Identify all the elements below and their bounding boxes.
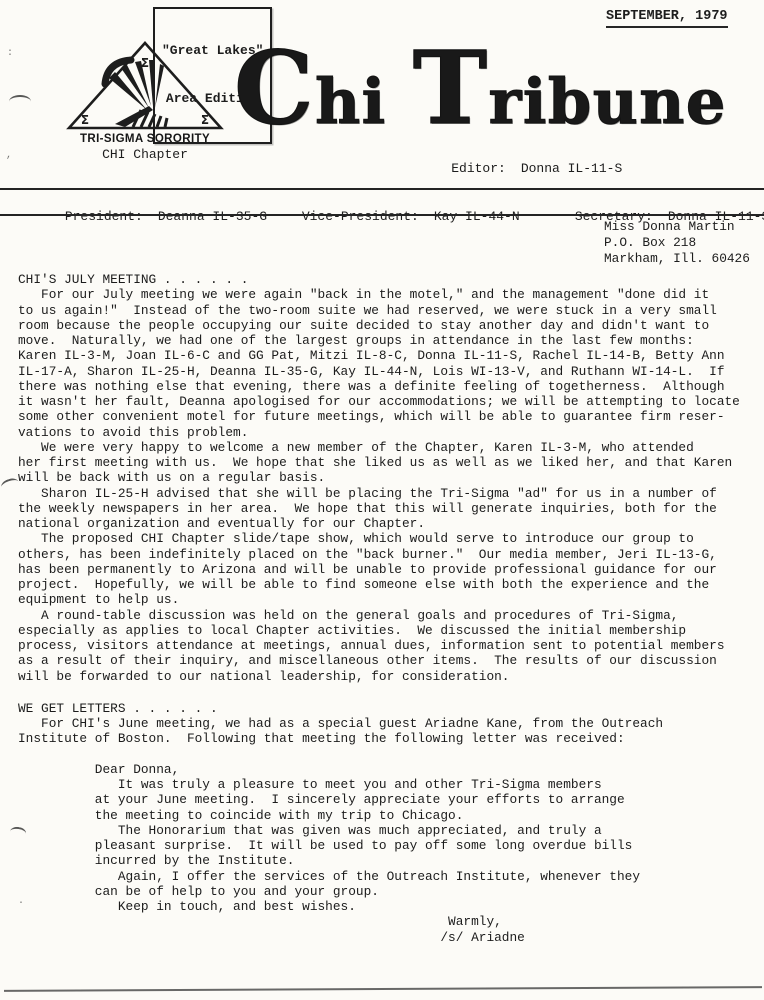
officer-role: Vice-President: <box>302 209 419 224</box>
article-body: For CHI's June meeting, we had as a spec… <box>18 716 760 945</box>
officer-president: President:Deanna IL-35-G <box>18 194 267 239</box>
officers-rule-top <box>0 188 764 190</box>
issue-date: SEPTEMBER, 1979 <box>606 9 728 28</box>
officers-bar: President:Deanna IL-35-G Vice-President:… <box>0 188 764 216</box>
officer-vice-president: Vice-President:Kay IL-44-N <box>255 194 520 239</box>
article-heading: CHI'S JULY MEETING . . . . . . <box>18 272 760 287</box>
svg-text:Σ: Σ <box>81 113 89 127</box>
officer-role: President: <box>65 209 143 224</box>
logo-org-name: TRI-SIGMA SORORITY <box>55 133 235 145</box>
article-body: For our July meeting we were again "back… <box>18 287 760 684</box>
officer-name: Deanna IL-35-G <box>158 209 267 224</box>
editor-label: Editor: <box>451 161 506 176</box>
svg-text:Σ: Σ <box>201 113 209 127</box>
masthead-title: Chi Tribune <box>234 38 744 138</box>
scan-artifact: : <box>7 48 13 59</box>
page-bottom-rule <box>4 986 762 992</box>
newsletter-page: : , . "Great Lakes" Area Edition SEPTEMB… <box>0 0 764 1000</box>
officers-rule-bottom <box>0 214 764 216</box>
article-we-get-letters: WE GET LETTERS . . . . . . For CHI's Jun… <box>18 701 760 945</box>
tri-sigma-logo: Σ Σ Σ TRI-SIGMA SORORITY CHI Chapter <box>55 40 235 162</box>
article-heading: WE GET LETTERS . . . . . . <box>18 701 760 716</box>
title-word-tribune: Tribune <box>413 38 727 138</box>
tri-sigma-triangle-icon: Σ Σ Σ <box>65 40 225 132</box>
articles: CHI'S JULY MEETING . . . . . . For our J… <box>18 272 760 945</box>
editor-line: Editor:Donna IL-11-S <box>420 146 622 191</box>
editor-name: Donna IL-11-S <box>521 161 622 176</box>
logo-chapter-name: CHI Chapter <box>55 147 235 162</box>
officer-name: Kay IL-44-N <box>434 209 520 224</box>
scan-artifact: , <box>6 150 12 161</box>
title-word-chi: Chi <box>234 38 387 138</box>
mailing-address: Miss Donna Martin P.O. Box 218 Markham, … <box>604 219 750 268</box>
scan-artifact <box>9 95 31 108</box>
article-july-meeting: CHI'S JULY MEETING . . . . . . For our J… <box>18 272 760 684</box>
